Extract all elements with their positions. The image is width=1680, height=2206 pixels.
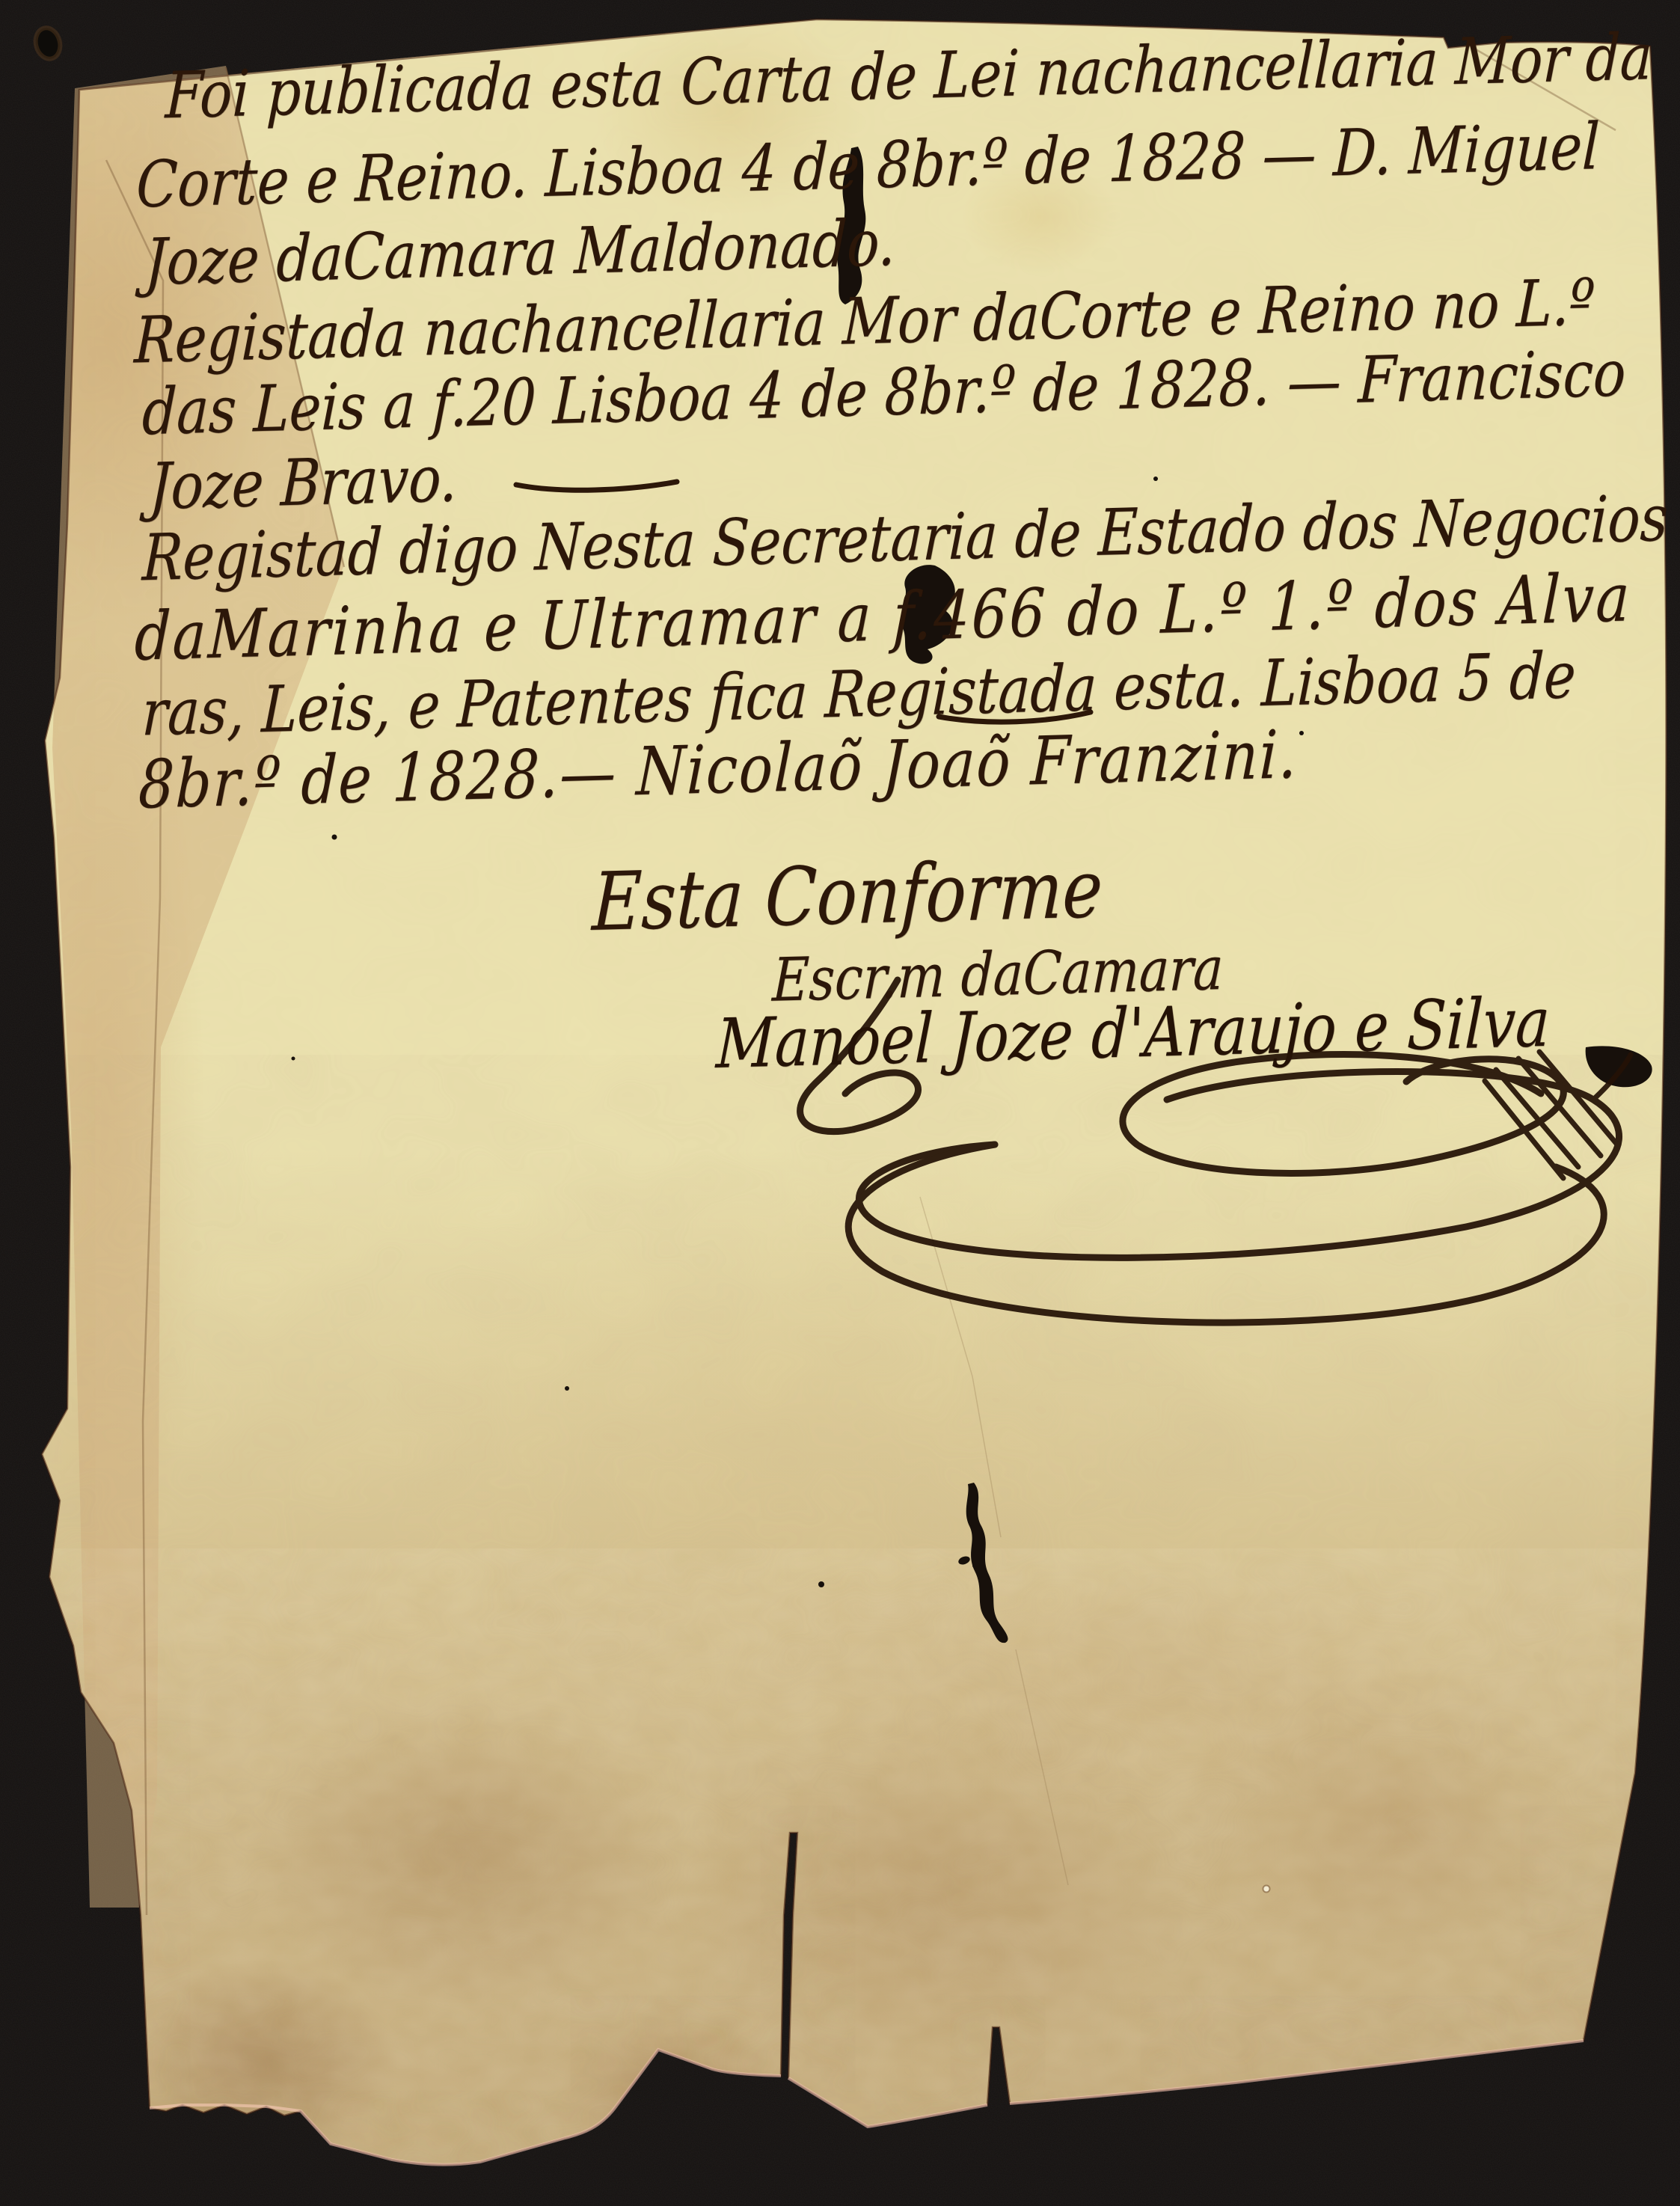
- photo-backdrop: Foi publicada esta Carta de Lei nachance…: [0, 0, 1680, 2206]
- manuscript-text: Foi publicada esta Carta de Lei nachance…: [0, 0, 1680, 2206]
- attestation-line: Esta Conforme: [591, 843, 1104, 949]
- manuscript-line-6: Joze Bravo.: [148, 441, 459, 524]
